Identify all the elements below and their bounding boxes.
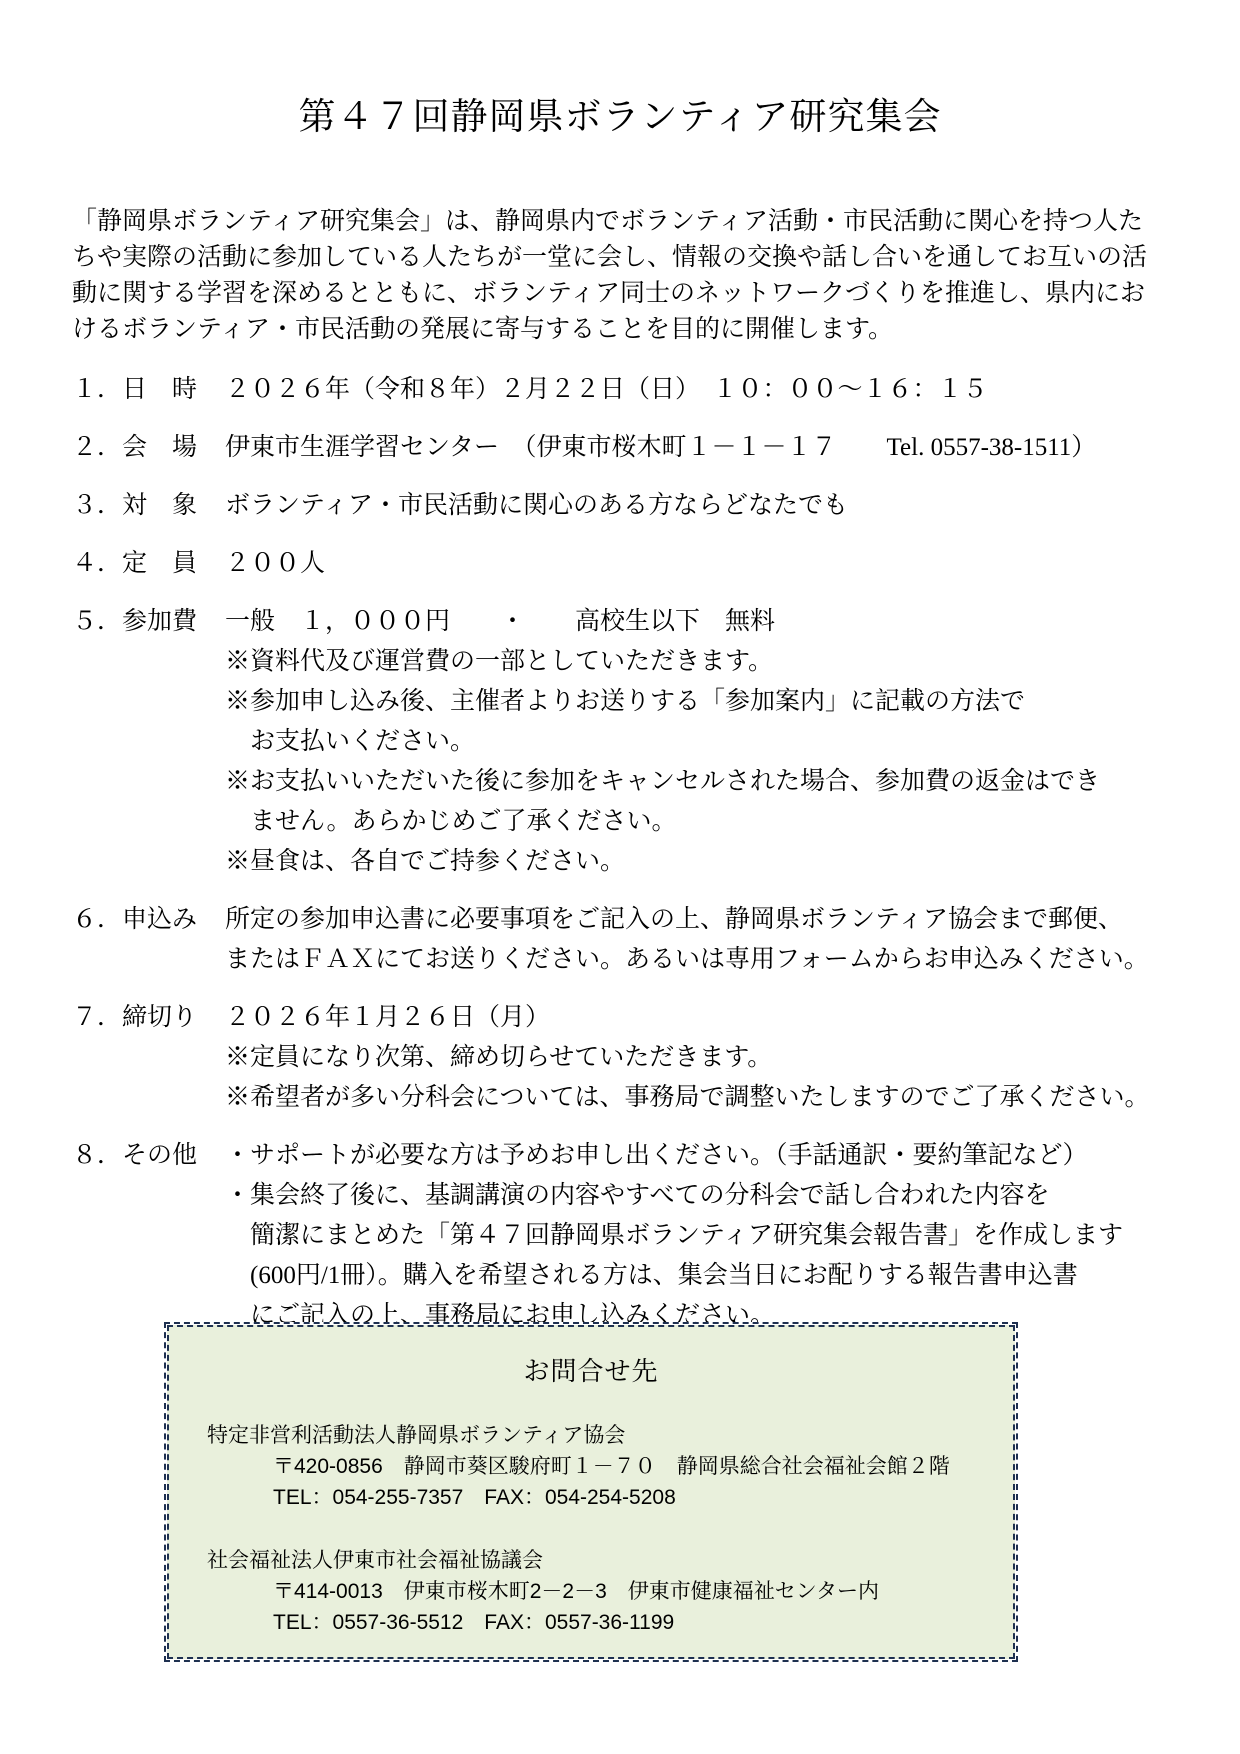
item-other: ８．その他 ・サポートが必要な方は予めお申し出ください。（手話通訳・要約筆記など… — [72, 1136, 1240, 1336]
item-line: 所定の参加申込書に必要事項をご記入の上、静岡県ボランティア協会まで郵便、 — [225, 900, 1240, 940]
item-line: ※昼食は、各自でご持参ください。 — [225, 842, 1240, 882]
item-line: ボランティア・市民活動に関心のある方ならどなたでも — [225, 486, 1240, 526]
organization-address: 〒414-0013 伊東市桜木町2－2－3 伊東市健康福祉センター内 — [169, 1576, 1013, 1607]
item-label: ６．申込み — [72, 900, 225, 980]
item-date: １．日 時 ２０２６年（令和８年）２月２２日（日） １０：００～１６：１５ — [72, 370, 1240, 410]
contact-organization-1: 特定非営利活動法人静岡県ボランティア協会 〒420-0856 静岡市葵区駿府町１… — [169, 1420, 1013, 1513]
organization-name: 特定非営利活動法人静岡県ボランティア協会 — [169, 1420, 1013, 1451]
organization-name: 社会福祉法人伊東市社会福祉協議会 — [169, 1545, 1013, 1576]
item-content: ２０２６年（令和８年）２月２２日（日） １０：００～１６：１５ — [225, 370, 1240, 410]
contact-organization-2: 社会福祉法人伊東市社会福祉協議会 〒414-0013 伊東市桜木町2－2－3 伊… — [169, 1545, 1013, 1638]
document-page: 第４７回静岡県ボランティア研究集会 「静岡県ボランティア研究集会」は、静岡県内で… — [0, 0, 1240, 1754]
item-label: ３．対 象 — [72, 486, 225, 526]
item-content: 一般 １，０００円 ・ 高校生以下 無料 ※資料代及び運営費の一部としていただき… — [225, 602, 1240, 882]
item-application: ６．申込み 所定の参加申込書に必要事項をご記入の上、静岡県ボランティア協会まで郵… — [72, 900, 1240, 980]
item-content: ボランティア・市民活動に関心のある方ならどなたでも — [225, 486, 1240, 526]
item-content: 所定の参加申込書に必要事項をご記入の上、静岡県ボランティア協会まで郵便、 または… — [225, 900, 1240, 980]
item-content: ２００人 — [225, 544, 1240, 584]
item-line: ２００人 — [225, 544, 1240, 584]
item-line: (600円/1冊）。購入を希望される方は、集会当日にお配りする報告書申込書 — [225, 1256, 1240, 1296]
item-line: ※お支払いいただいた後に参加をキャンセルされた場合、参加費の返金はでき — [225, 762, 1240, 802]
organization-address: 〒420-0856 静岡市葵区駿府町１－７０ 静岡県総合社会福祉会館２階 — [169, 1451, 1013, 1482]
item-venue: ２．会 場 伊東市生涯学習センター （伊東市桜木町１－１－１７ Tel. 055… — [72, 428, 1240, 468]
organization-tel-fax: TEL：054-255-7357 FAX：054-254-5208 — [169, 1482, 1013, 1513]
item-line: ・サポートが必要な方は予めお申し出ください。（手話通訳・要約筆記など） — [225, 1136, 1240, 1176]
item-label: ５．参加費 — [72, 602, 225, 882]
intro-line: 「静岡県ボランティア研究集会」は、静岡県内でボランティア活動・市民活動に関心を持… — [72, 204, 1170, 240]
item-line: ※参加申し込み後、主催者よりお送りする「参加案内」に記載の方法で — [225, 682, 1240, 722]
item-content: ２０２６年１月２６日（月） ※定員になり次第、締め切らせていただきます。 ※希望… — [225, 998, 1240, 1118]
item-line: ※資料代及び運営費の一部としていただきます。 — [225, 642, 1240, 682]
item-line: お支払いください。 — [225, 722, 1240, 762]
contact-box-inner: お問合せ先 特定非営利活動法人静岡県ボランティア協会 〒420-0856 静岡市… — [167, 1325, 1015, 1659]
intro-line: 動に関する学習を深めるとともに、ボランティア同士のネットワークづくりを推進し、県… — [72, 276, 1170, 312]
item-label: ２．会 場 — [72, 428, 225, 468]
item-capacity: ４．定 員 ２００人 — [72, 544, 1240, 584]
page-title: 第４７回静岡県ボランティア研究集会 — [0, 0, 1240, 140]
item-line: 一般 １，０００円 ・ 高校生以下 無料 — [225, 602, 1240, 642]
contact-box: お問合せ先 特定非営利活動法人静岡県ボランティア協会 〒420-0856 静岡市… — [164, 1322, 1018, 1662]
item-line: またはＦＡＸにてお送りください。あるいは専用フォームからお申込みください。 — [225, 940, 1240, 980]
item-line: ※希望者が多い分科会については、事務局で調整いたしますのでご了承ください。 — [225, 1078, 1240, 1118]
item-line: ・集会終了後に、基調講演の内容やすべての分科会で話し合われた内容を — [225, 1176, 1240, 1216]
numbered-items-list: １．日 時 ２０２６年（令和８年）２月２２日（日） １０：００～１６：１５ ２．… — [72, 370, 1240, 1336]
item-line: 伊東市生涯学習センター （伊東市桜木町１－１－１７ Tel. 0557-38-1… — [225, 428, 1240, 468]
organization-tel-fax: TEL：0557-36-5512 FAX：0557-36-1199 — [169, 1607, 1013, 1638]
intro-paragraph: 「静岡県ボランティア研究集会」は、静岡県内でボランティア活動・市民活動に関心を持… — [72, 204, 1170, 348]
item-label: ７．締切り — [72, 998, 225, 1118]
item-line: ２０２６年１月２６日（月） — [225, 998, 1240, 1038]
item-content: 伊東市生涯学習センター （伊東市桜木町１－１－１７ Tel. 0557-38-1… — [225, 428, 1240, 468]
item-label: ８．その他 — [72, 1136, 225, 1336]
item-line: ※定員になり次第、締め切らせていただきます。 — [225, 1038, 1240, 1078]
item-deadline: ７．締切り ２０２６年１月２６日（月） ※定員になり次第、締め切らせていただきま… — [72, 998, 1240, 1118]
item-line: ません。あらかじめご了承ください。 — [225, 802, 1240, 842]
intro-line: ちや実際の活動に参加している人たちが一堂に会し、情報の交換や話し合いを通してお互… — [72, 240, 1170, 276]
item-line: 簡潔にまとめた「第４７回静岡県ボランティア研究集会報告書」を作成します — [225, 1216, 1240, 1256]
item-line: ２０２６年（令和８年）２月２２日（日） １０：００～１６：１５ — [225, 370, 1240, 410]
contact-box-heading: お問合せ先 — [169, 1327, 1013, 1388]
intro-line: けるボランティア・市民活動の発展に寄与することを目的に開催します。 — [72, 312, 1170, 348]
item-content: ・サポートが必要な方は予めお申し出ください。（手話通訳・要約筆記など） ・集会終… — [225, 1136, 1240, 1336]
item-label: ４．定 員 — [72, 544, 225, 584]
item-target: ３．対 象 ボランティア・市民活動に関心のある方ならどなたでも — [72, 486, 1240, 526]
item-fee: ５．参加費 一般 １，０００円 ・ 高校生以下 無料 ※資料代及び運営費の一部と… — [72, 602, 1240, 882]
item-label: １．日 時 — [72, 370, 225, 410]
